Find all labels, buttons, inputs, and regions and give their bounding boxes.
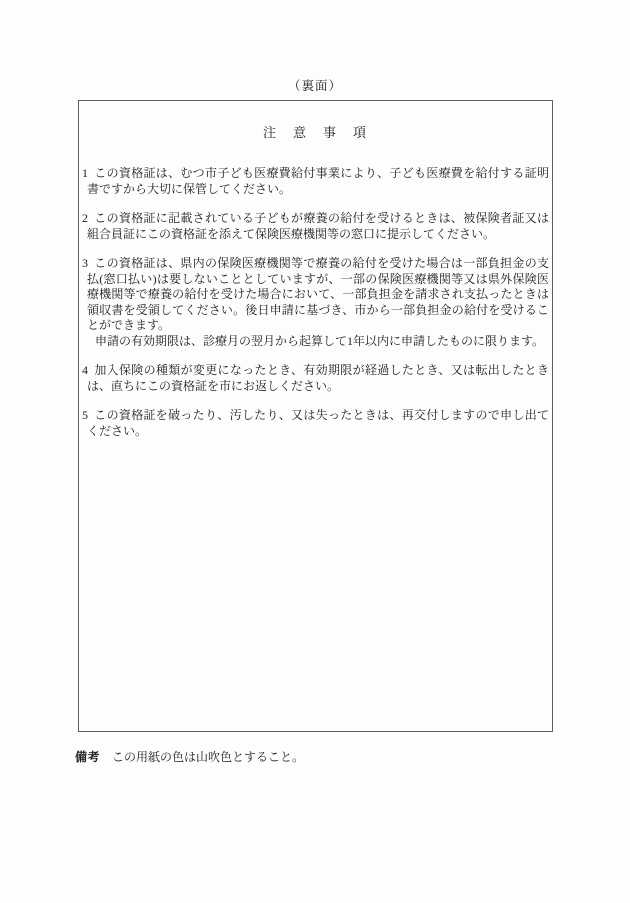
remark-text: この用紙の色は山吹色とすること。 — [112, 750, 304, 764]
item-number: 1 — [82, 166, 88, 180]
item-text: この資格証を破ったり、汚したり、又は失ったときは、再交付しますので申し出てくださ… — [87, 408, 549, 438]
notice-box: 注 意 事 項 1この資格証は、むつ市子ども医療費給付事業により、子ども医療費を… — [78, 100, 553, 732]
remark-label: 備考 — [75, 750, 100, 764]
remark: 備考この用紙の色は山吹色とすること。 — [75, 750, 304, 766]
notice-item: 4加入保険の種類が変更になったとき、有効期限が経過したとき、又は転出したときは、… — [82, 363, 549, 394]
item-number: 4 — [82, 363, 88, 377]
item-number: 5 — [82, 408, 88, 422]
notice-item: 3この資格証は、県内の保険医療機関等で療養の給付を受けた場合は一部負担金の支払(… — [82, 256, 549, 334]
item-text: この資格証は、県内の保険医療機関等で療養の給付を受けた場合は一部負担金の支払(窓… — [87, 256, 549, 332]
item-text: この資格証に記載されている子どもが療養の給付を受けるときは、被保険者証又は組合員… — [87, 211, 549, 241]
notice-item: 5この資格証を破ったり、汚したり、又は失ったときは、再交付しますので申し出てくだ… — [82, 408, 549, 439]
notice-item: 2この資格証に記載されている子どもが療養の給付を受けるときは、被保険者証又は組合… — [82, 211, 549, 242]
page-side-label: （裏面） — [0, 76, 630, 94]
document-page: （裏面） 注 意 事 項 1この資格証は、むつ市子ども医療費給付事業により、子ど… — [0, 0, 630, 903]
item-text: 加入保険の種類が変更になったとき、有効期限が経過したとき、又は転出したときは、直… — [87, 363, 549, 393]
item-number: 3 — [82, 256, 88, 270]
notice-title: 注 意 事 項 — [79, 122, 552, 141]
item-subtext: 申請の有効期限は、診療月の翌月から起算して1年以内に申請したものに限ります。 — [82, 334, 549, 350]
notice-item: 1この資格証は、むつ市子ども医療費給付事業により、子ども医療費を給付する証明書で… — [82, 166, 549, 197]
item-text: この資格証は、むつ市子ども医療費給付事業により、子ども医療費を給付する証明書です… — [87, 166, 549, 196]
notice-item-list: 1この資格証は、むつ市子ども医療費給付事業により、子ども医療費を給付する証明書で… — [79, 166, 552, 439]
item-number: 2 — [82, 211, 88, 225]
